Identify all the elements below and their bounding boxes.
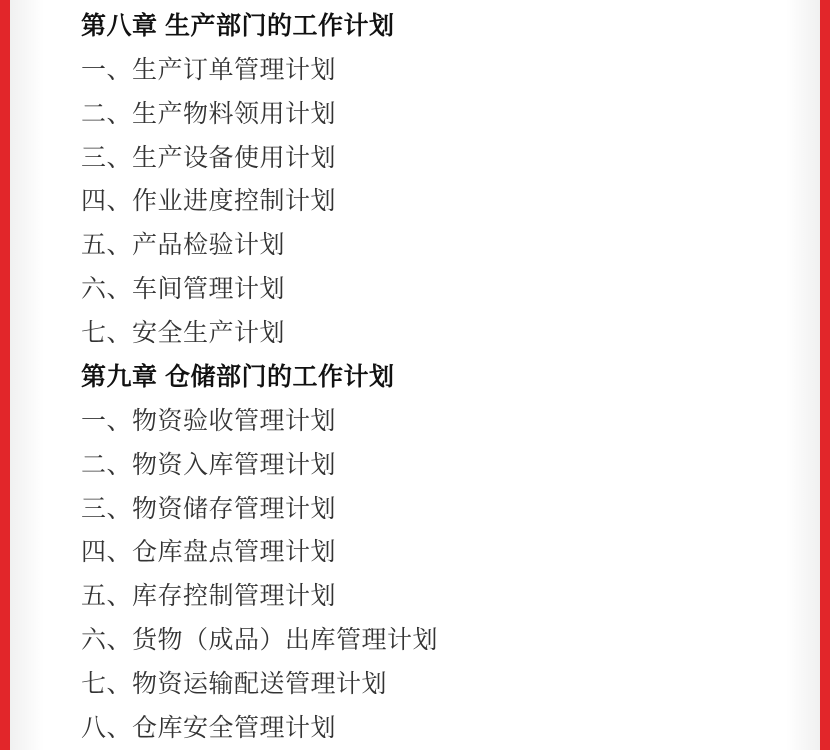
toc-item: 四、仓库盘点管理计划 — [81, 529, 800, 573]
toc-item: 七、物资运输配送管理计划 — [81, 660, 800, 704]
toc-item: 八、仓库安全管理计划 — [81, 704, 800, 748]
toc-item: 五、产品检验计划 — [81, 221, 800, 265]
page: 第八章 生产部门的工作计划 一、生产订单管理计划 二、生产物料领用计划 三、生产… — [0, 0, 830, 750]
document-content-card: 第八章 生产部门的工作计划 一、生产订单管理计划 二、生产物料领用计划 三、生产… — [10, 0, 820, 750]
right-red-border — [820, 0, 830, 750]
toc-item: 五、库存控制管理计划 — [81, 572, 800, 616]
toc-item: 六、货物（成品）出库管理计划 — [81, 616, 800, 660]
toc-item: 三、生产设备使用计划 — [81, 134, 800, 178]
toc-item: 七、安全生产计划 — [81, 309, 800, 353]
toc-item: 一、物资验收管理计划 — [81, 397, 800, 441]
toc-item: 三、物资储存管理计划 — [81, 485, 800, 529]
toc-item: 六、车间管理计划 — [81, 265, 800, 309]
chapter-9-heading: 第九章 仓储部门的工作计划 — [81, 353, 800, 397]
toc-item: 二、物资入库管理计划 — [81, 441, 800, 485]
toc-item: 一、生产订单管理计划 — [81, 46, 800, 90]
table-of-contents: 第八章 生产部门的工作计划 一、生产订单管理计划 二、生产物料领用计划 三、生产… — [10, 0, 820, 748]
toc-item: 四、作业进度控制计划 — [81, 178, 800, 222]
toc-item: 二、生产物料领用计划 — [81, 90, 800, 134]
chapter-8-heading: 第八章 生产部门的工作计划 — [81, 2, 800, 46]
left-red-border — [0, 0, 10, 750]
